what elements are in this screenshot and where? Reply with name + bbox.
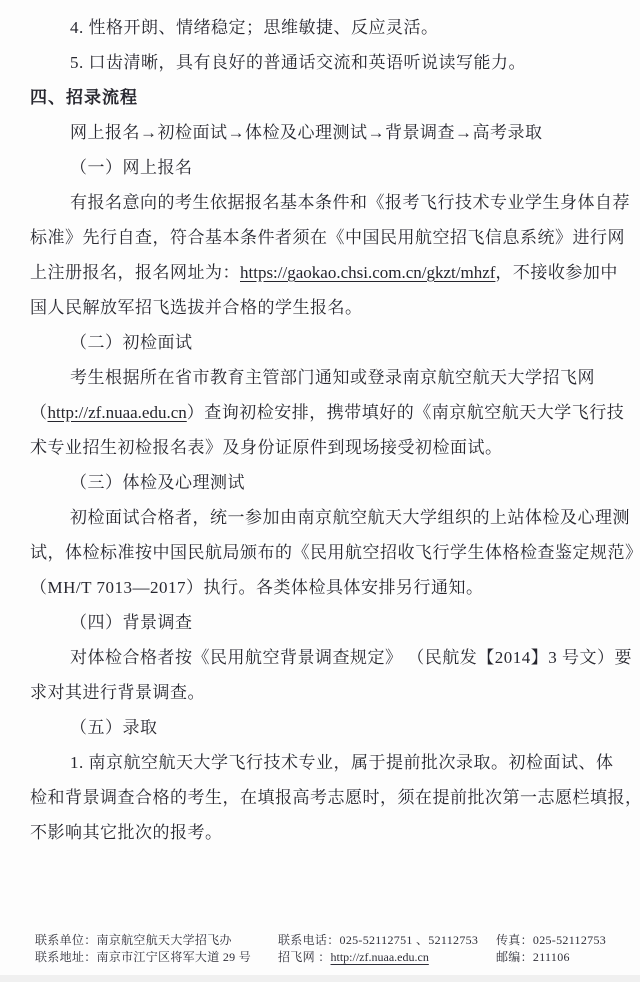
contact-fax: 传真：025-52112753 bbox=[496, 932, 630, 949]
nuaa-zhaofei-link[interactable]: http://zf.nuaa.edu.cn bbox=[48, 403, 187, 422]
body-line-with-link: （http://zf.nuaa.edu.cn）查询初检安排，携带填好的《南京航空… bbox=[30, 395, 610, 430]
body-line: 标准》先行自查，符合基本条件者须在《中国民用航空招飞信息系统》进行网 bbox=[30, 220, 610, 255]
body-line-criteria-5: 5. 口齿清晰，具有良好的普通话交流和英语听说读写能力。 bbox=[30, 45, 610, 80]
contact-zip-value: 211106 bbox=[533, 950, 570, 964]
contact-footer: 联系单位：南京航空航天大学招飞办 联系电话：025-52112751 、5211… bbox=[35, 932, 630, 966]
process-flow-line: 网上报名→初检面试→体检及心理测试→背景调查→高考录取 bbox=[30, 115, 610, 150]
contact-unit: 联系单位：南京航空航天大学招飞办 bbox=[35, 932, 278, 949]
subsection-heading-initial-interview: （二）初检面试 bbox=[30, 325, 610, 360]
contact-unit-value: 南京航空航天大学招飞办 bbox=[97, 933, 232, 947]
line-text: （ bbox=[30, 403, 48, 422]
body-line: （MH/T 7013—2017）执行。各类体检具体安排另行通知。 bbox=[30, 570, 610, 605]
contact-phone-value: 025-52112751 、52112753 bbox=[340, 933, 479, 947]
section-heading-recruitment-process: 四、招录流程 bbox=[30, 80, 610, 115]
line-text: ，不接收参加中 bbox=[495, 263, 618, 282]
footer-zhaofei-link[interactable]: http://zf.nuaa.edu.cn bbox=[331, 950, 429, 964]
contact-website-label: 招飞网 ： bbox=[278, 950, 331, 964]
contact-phone-label: 联系电话： bbox=[278, 933, 340, 947]
body-line: 对体检合格者按《民用航空背景调查规定》 （民航发【2014】3 号文）要 bbox=[30, 640, 610, 675]
document-page: 4. 性格开朗、情绪稳定；思维敏捷、反应灵活。 5. 口齿清晰，具有良好的普通话… bbox=[0, 0, 640, 982]
body-line: 初检面试合格者，统一参加由南京航空航天大学组织的上站体检及心理测 bbox=[30, 500, 610, 535]
body-line: 有报名意向的考生依据报名基本条件和《报考飞行技术专业学生身体自荐 bbox=[30, 185, 610, 220]
contact-footer-row-1: 联系单位：南京航空航天大学招飞办 联系电话：025-52112751 、5211… bbox=[35, 932, 630, 949]
body-line: 试，体检标准按中国民航局颁布的《民用航空招收飞行学生体格检查鉴定规范》 bbox=[30, 535, 610, 570]
body-line-with-link: 上注册报名，报名网址为：https://gaokao.chsi.com.cn/g… bbox=[30, 255, 610, 290]
contact-phone: 联系电话：025-52112751 、52112753 bbox=[278, 932, 496, 949]
contact-fax-value: 025-52112753 bbox=[533, 933, 606, 947]
contact-address-value: 南京市江宁区将军大道 29 号 bbox=[97, 950, 252, 964]
subsection-heading-online-signup: （一）网上报名 bbox=[30, 150, 610, 185]
body-line: 考生根据所在省市教育主管部门通知或登录南京航空航天大学招飞网 bbox=[30, 360, 610, 395]
contact-unit-label: 联系单位： bbox=[35, 933, 97, 947]
subsection-heading-physical-exam: （三）体检及心理测试 bbox=[30, 465, 610, 500]
page-bottom-edge bbox=[0, 975, 640, 982]
body-line-criteria-4: 4. 性格开朗、情绪稳定；思维敏捷、反应灵活。 bbox=[30, 10, 610, 45]
contact-address-label: 联系地址： bbox=[35, 950, 97, 964]
body-line: 术专业招生初检报名表》及身份证原件到现场接受初检面试。 bbox=[30, 430, 610, 465]
body-line: 不影响其它批次的报考。 bbox=[30, 815, 610, 850]
document-body: 4. 性格开朗、情绪稳定；思维敏捷、反应灵活。 5. 口齿清晰，具有良好的普通话… bbox=[30, 10, 610, 850]
body-line: 国人民解放军招飞选拔并合格的学生报名。 bbox=[30, 290, 610, 325]
chsi-signup-link[interactable]: https://gaokao.chsi.com.cn/gkzt/mhzf bbox=[240, 263, 495, 282]
contact-fax-label: 传真： bbox=[496, 933, 533, 947]
body-line: 1. 南京航空航天大学飞行技术专业，属于提前批次录取。初检面试、体 bbox=[30, 745, 610, 780]
subsection-heading-admission: （五）录取 bbox=[30, 710, 610, 745]
body-line: 求对其进行背景调查。 bbox=[30, 675, 610, 710]
contact-website: 招飞网 ：http://zf.nuaa.edu.cn bbox=[278, 949, 496, 966]
contact-zip-label: 邮编： bbox=[496, 950, 533, 964]
contact-zip: 邮编：211106 bbox=[496, 949, 630, 966]
contact-footer-row-2: 联系地址：南京市江宁区将军大道 29 号 招飞网 ：http://zf.nuaa… bbox=[35, 949, 630, 966]
line-text: ）查询初检安排，携带填好的《南京航空航天大学飞行技 bbox=[187, 403, 625, 422]
contact-address: 联系地址：南京市江宁区将军大道 29 号 bbox=[35, 949, 278, 966]
line-text: 上注册报名，报名网址为： bbox=[30, 263, 240, 282]
body-line: 检和背景调查合格的考生，在填报高考志愿时，须在提前批次第一志愿栏填报， bbox=[30, 780, 610, 815]
subsection-heading-background-check: （四）背景调查 bbox=[30, 605, 610, 640]
